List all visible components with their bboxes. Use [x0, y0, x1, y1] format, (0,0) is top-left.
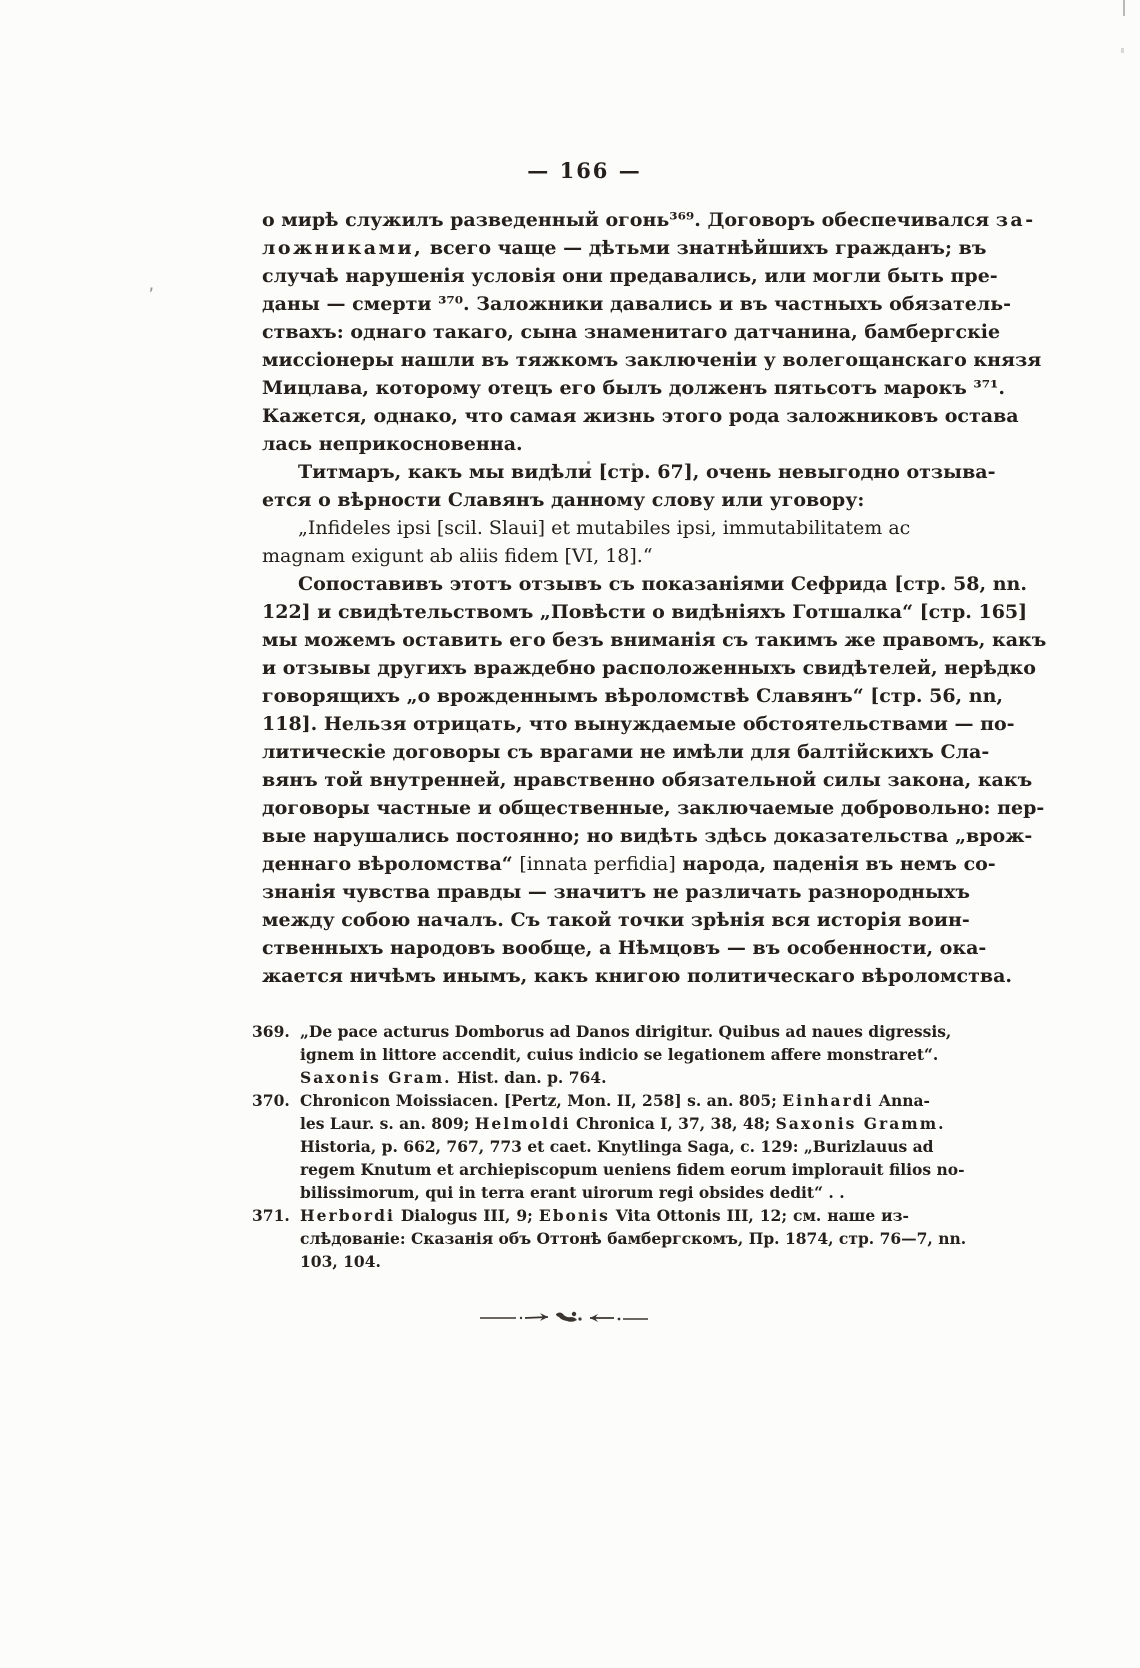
text-segment: случаѣ нарушенія условія они предавались… [262, 265, 998, 287]
text-segment: ется о вѣрности Славянъ данному слову ил… [262, 489, 864, 511]
text-segment: Сопоставивъ этотъ отзывъ съ показаніями … [298, 573, 1027, 595]
text-line: мы можемъ оставить его безъ вниманія съ … [262, 626, 907, 654]
text-line: „Infideles ipsi [scil. Slaui] et mutabil… [262, 514, 907, 542]
text-segment: деннаго вѣроломства“ [262, 853, 519, 875]
text-line: и отзывы другихъ враждебно расположенных… [262, 654, 907, 682]
footnotes-block: 369.„De pace acturus Domborus ad Danos d… [252, 1020, 909, 1273]
scan-artifact-line [1123, 0, 1125, 16]
text-line: слѣдованіе: Сказанія объ Оттонѣ бамбергс… [300, 1227, 909, 1250]
text-line: ется о вѣрности Славянъ данному слову ил… [262, 486, 907, 514]
text-segment: Historia, p. 662, 767, 773 et caet. Knyt… [300, 1137, 934, 1156]
text-segment: Saxonis Gram. [300, 1068, 452, 1087]
text-segment: Chronicon Moissiacen. [Pertz, Mon. II, 2… [300, 1091, 782, 1110]
text-segment: лась неприкосновенна. [262, 433, 523, 455]
text-line: вые нарушались постоянно; но видѣть здѣс… [262, 822, 907, 850]
text-line: 118]. Нельзя отрицать, что вынуждаемые о… [262, 710, 907, 738]
text-line: о мирѣ служилъ разведенный огонь³⁶⁹. Дог… [262, 206, 907, 234]
text-segment: договоры частные и общественные, заключа… [262, 797, 1044, 819]
footnote: 369.„De pace acturus Domborus ad Danos d… [252, 1020, 909, 1089]
text-line: ложниками, всего чаще — дѣтьми знатнѣйши… [262, 234, 907, 262]
text-line: Saxonis Gram. Hist. dan. p. 764. [300, 1066, 909, 1089]
text-line: лась неприкосновенна. [262, 430, 907, 458]
text-segment: вые нарушались постоянно; но видѣть здѣс… [262, 825, 1032, 847]
text-line: 122] и свидѣтельствомъ „Повѣсти о видѣні… [262, 598, 907, 626]
page-number: — 166 — [262, 158, 907, 183]
text-segment: ignem in littore accendit, cuius indicio… [300, 1045, 938, 1064]
text-segment: мы можемъ оставить его безъ вниманія съ … [262, 629, 1046, 651]
text-line: Титмаръ, какъ мы видѣли [стр. 67], очень… [262, 458, 907, 486]
text-segment: bilissimorum, qui in terra erant uirorum… [300, 1183, 845, 1202]
footnote: 370.Chronicon Moissiacen. [Pertz, Mon. I… [252, 1089, 909, 1204]
text-segment: ствахъ: однаго такаго, сына знаменитаго … [262, 321, 1000, 343]
text-segment: между собою началъ. Съ такой точки зрѣні… [262, 909, 970, 931]
text-line: Historia, p. 662, 767, 773 et caet. Knyt… [300, 1135, 909, 1158]
text-segment: „De pace acturus Domborus ad Danos dirig… [300, 1022, 951, 1041]
text-segment: за- [996, 209, 1036, 231]
text-segment: Saxonis Gramm. [776, 1114, 946, 1133]
main-text-block: о мирѣ служилъ разведенный огонь³⁶⁹. Дог… [262, 206, 907, 990]
text-segment: 118]. Нельзя отрицать, что вынуждаемые о… [262, 713, 1015, 735]
text-line: миссіонеры нашли въ тяжкомъ заключеніи у… [262, 346, 907, 374]
text-segment: знанія чувства правды — значитъ не разли… [262, 881, 970, 903]
text-segment: жается ничѣмъ инымъ, какъ книгою политич… [262, 965, 1012, 987]
text-segment: литическіе договоры съ врагами не имѣли … [262, 741, 989, 763]
text-segment: о мирѣ служилъ разведенный огонь³⁶⁹. Дог… [262, 209, 996, 231]
text-line: ignem in littore accendit, cuius indicio… [300, 1043, 909, 1066]
text-segment: говорящихъ „о врожденнымъ вѣроломствѣ Сл… [262, 685, 1003, 707]
text-line: говорящихъ „о врожденнымъ вѣроломствѣ Сл… [262, 682, 907, 710]
text-segment: слѣдованіе: Сказанія объ Оттонѣ бамбергс… [300, 1229, 938, 1248]
text-segment: ственныхъ народовъ вообще, а Нѣмцовъ — в… [262, 937, 986, 959]
text-line: деннаго вѣроломства“ [innata perfidia] н… [262, 850, 907, 878]
book-page-scan: — 166 — о мирѣ служилъ разведенный огонь… [0, 0, 1140, 1668]
text-segment: народа, паденія въ немъ со- [676, 853, 996, 875]
tailpiece-flourish [478, 1306, 653, 1328]
text-segment: вянъ той внутренней, нравственно обязате… [262, 769, 1032, 791]
text-segment: миссіонеры нашли въ тяжкомъ заключеніи у… [262, 349, 1041, 371]
text-segment: см. наше из- [793, 1206, 909, 1225]
text-segment: „Infideles ipsi [scil. Slaui] et mutabil… [298, 517, 910, 539]
text-segment: Hist. dan. p. 764. [452, 1068, 607, 1087]
text-line: magnam exigunt ab aliis fidem [VI, 18].“ [262, 542, 907, 570]
text-segment: Herbordi [300, 1206, 395, 1225]
text-line: regem Knutum et archiepiscopum ueniens f… [300, 1158, 909, 1181]
text-line: Кажется, однако, что самая жизнь этого р… [262, 402, 907, 430]
text-segment: Кажется, однако, что самая жизнь этого р… [262, 405, 1019, 427]
text-segment: nn. [938, 1229, 966, 1248]
text-segment: Chronica I, 37, 38, 48; [571, 1114, 776, 1133]
text-segment: Ebonis [539, 1206, 610, 1225]
footnote-number: 369. [252, 1020, 290, 1043]
text-segment: regem Knutum et archiepiscopum ueniens f… [300, 1160, 965, 1179]
text-line: ственныхъ народовъ вообще, а Нѣмцовъ — в… [262, 934, 907, 962]
text-line: литическіе договоры съ врагами не имѣли … [262, 738, 907, 766]
text-line: случаѣ нарушенія условія они предавались… [262, 262, 907, 290]
text-line: знанія чувства правды — значитъ не разли… [262, 878, 907, 906]
text-segment: Anna- [874, 1091, 930, 1110]
text-line: „De pace acturus Domborus ad Danos dirig… [300, 1020, 909, 1043]
text-segment: magnam exigunt ab aliis fidem [VI, 18].“ [262, 545, 653, 567]
flourish-icon [478, 1306, 653, 1328]
footnote-number: 370. [252, 1089, 290, 1112]
text-line: 103, 104. [300, 1250, 909, 1273]
footnote: 371.Herbordi Dialogus III, 9; Ebonis Vit… [252, 1204, 909, 1273]
text-line: bilissimorum, qui in terra erant uirorum… [300, 1181, 909, 1204]
scan-artifact-speck [1121, 48, 1124, 53]
text-segment: даны — смерти ³⁷⁰. Заложники давались и … [262, 293, 1011, 315]
text-segment: всего чаще — дѣтьми знатнѣйшихъ гражданъ… [423, 237, 986, 259]
text-line: ствахъ: однаго такаго, сына знаменитаго … [262, 318, 907, 346]
text-segment: ложниками, [262, 237, 423, 259]
text-line: les Laur. s. an. 809; Helmoldi Chronica … [300, 1112, 909, 1135]
text-segment: Титмаръ, какъ мы видѣли [стр. 67], очень… [298, 461, 995, 483]
text-segment: 103, 104. [300, 1252, 381, 1271]
text-segment: Vita Ottonis III, 12; [610, 1206, 793, 1225]
text-segment: Helmoldi [475, 1114, 571, 1133]
text-segment: [innata perfidia] [519, 853, 675, 875]
text-line: даны — смерти ³⁷⁰. Заложники давались и … [262, 290, 907, 318]
text-line: вянъ той внутренней, нравственно обязате… [262, 766, 907, 794]
footnote-number: 371. [252, 1204, 290, 1227]
text-line: между собою началъ. Съ такой точки зрѣні… [262, 906, 907, 934]
text-segment: Einhardi [782, 1091, 873, 1110]
text-segment: 122] и свидѣтельствомъ „Повѣсти о видѣні… [262, 601, 1027, 623]
text-line: Herbordi Dialogus III, 9; Ebonis Vita Ot… [300, 1204, 909, 1227]
text-line: Мицлава, которому отецъ его былъ долженъ… [262, 374, 907, 402]
text-line: договоры частные и общественные, заключа… [262, 794, 907, 822]
text-line: жается ничѣмъ инымъ, какъ книгою политич… [262, 962, 907, 990]
text-segment: Dialogus III, 9; [395, 1206, 539, 1225]
text-line: Сопоставивъ этотъ отзывъ съ показаніями … [262, 570, 907, 598]
text-segment: Мицлава, которому отецъ его былъ долженъ… [262, 377, 1005, 399]
text-segment: и отзывы другихъ враждебно расположенных… [262, 657, 1036, 679]
text-segment: les Laur. s. an. 809; [300, 1114, 475, 1133]
scan-artifact-comma: ‚ [146, 276, 155, 295]
text-line: Chronicon Moissiacen. [Pertz, Mon. II, 2… [300, 1089, 909, 1112]
